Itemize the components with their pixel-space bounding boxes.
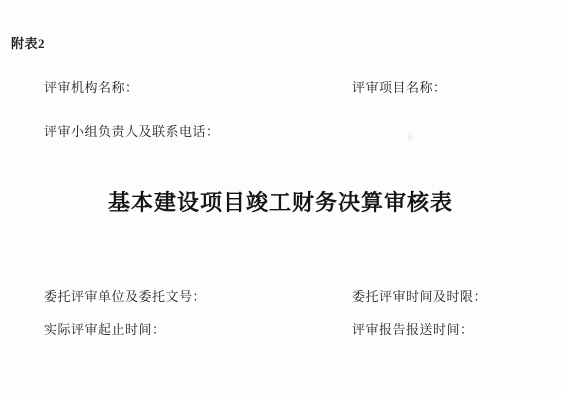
field-entrust-unit-doc-number: 委托评审单位及委托文号： (44, 286, 206, 305)
field-review-project-name: 评审项目名称： (352, 77, 447, 96)
field-report-submit-time: 评审报告报送时间： (352, 319, 474, 338)
scanned-document-page: 附表2 评审机构名称： 评审项目名称： 评审小组负责人及联系电话： 基本建设项目… (0, 0, 561, 396)
field-team-leader-phone: 评审小组负责人及联系电话： (44, 121, 220, 140)
document-title: 基本建设项目竣工财务决算审核表 (0, 186, 561, 217)
field-actual-review-period: 实际评审起止时间： (44, 319, 166, 338)
field-entrust-time-limit: 委托评审时间及时限： (352, 286, 487, 305)
scan-artifact (407, 132, 413, 142)
field-review-org-name: 评审机构名称： (44, 77, 139, 96)
appendix-number-label: 附表2 (11, 33, 45, 52)
